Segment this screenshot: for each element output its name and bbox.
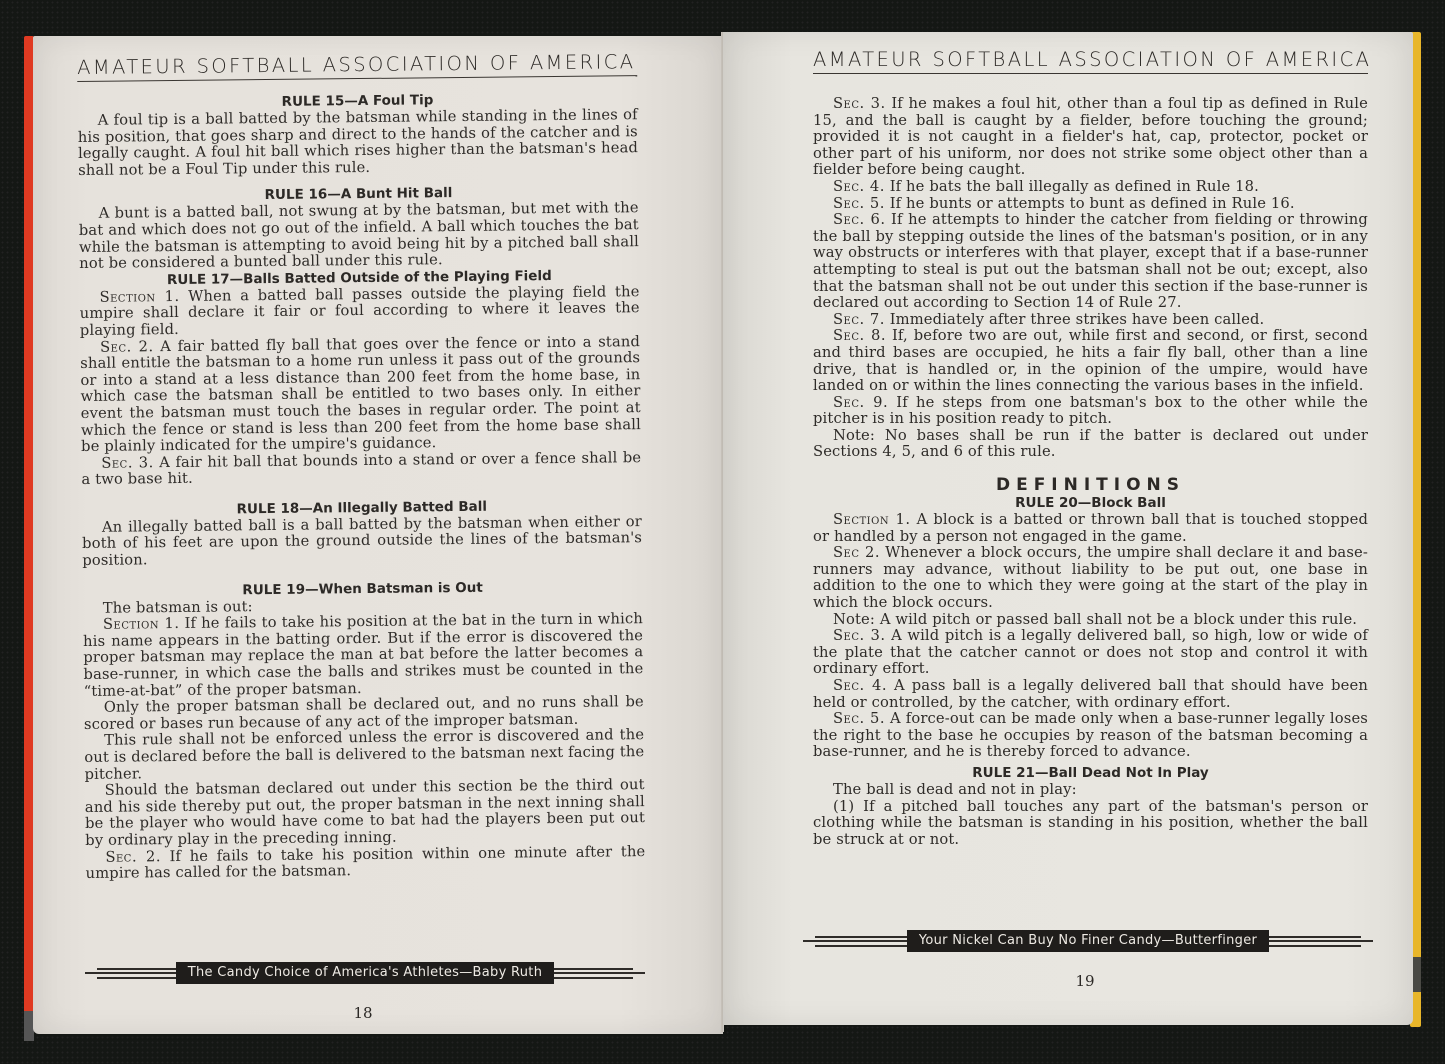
right-page-content: AMATEUR SOFTBALL ASSOCIATION OF AMERICA … <box>813 48 1368 848</box>
ad-text: The Candy Choice of America's Athletes—B… <box>176 962 554 984</box>
rule-title: RULE 20—Block Ball <box>813 495 1368 512</box>
paragraph: Sec. 3. A wild pitch is a legally delive… <box>813 628 1368 678</box>
paragraph: An illegally batted ball is a ball batte… <box>82 514 642 570</box>
running-head: AMATEUR SOFTBALL ASSOCIATION OF AMERICA <box>813 48 1368 74</box>
rule-title: RULE 21—Ball Dead Not In Play <box>813 765 1368 782</box>
definitions-heading: DEFINITIONS <box>813 475 1368 495</box>
ad-text: Your Nickel Can Buy No Finer Candy—Butte… <box>907 930 1269 952</box>
paragraph: A foul tip is a ball batted by the batsm… <box>78 107 639 179</box>
paragraph: (1) If a pitched ball touches any part o… <box>813 799 1368 849</box>
ad-banner-butterfinger: Your Nickel Can Buy No Finer Candy—Butte… <box>803 930 1373 952</box>
paragraph: Sec. 4. A pass ball is a legally deliver… <box>813 678 1368 711</box>
paragraph: Should the batsman declared out under th… <box>85 777 646 849</box>
decorative-lines <box>1269 935 1373 947</box>
paragraph: Sec. 3. If he makes a foul hit, other th… <box>813 96 1368 179</box>
paragraph: Sec. 6. If he attempts to hinder the cat… <box>813 212 1368 312</box>
paragraph: Sec. 8. If, before two are out, while fi… <box>813 328 1368 394</box>
page-number: 18 <box>333 1004 393 1022</box>
decorative-lines <box>85 967 176 979</box>
paragraph: This rule shall not be enforced unless t… <box>84 728 644 784</box>
paragraph: Sec 2. Whenever a block occurs, the umpi… <box>813 545 1368 611</box>
paragraph: Section 1. A block is a batted or thrown… <box>813 512 1368 545</box>
note: Note: A wild pitch or passed ball shall … <box>813 612 1368 629</box>
left-page: AMATEUR SOFTBALL ASSOCIATION OF AMERICA … <box>33 36 723 1034</box>
ad-banner-baby-ruth: The Candy Choice of America's Athletes—B… <box>85 962 645 984</box>
paragraph: Sec. 2. If he fails to take his position… <box>85 844 645 883</box>
paragraph: Sec. 9. If he steps from one batsman's b… <box>813 395 1368 428</box>
paragraph: Section 1. If he fails to take his posit… <box>83 611 644 700</box>
decorative-lines <box>803 935 907 947</box>
paragraph: Sec. 4. If he bats the ball illegally as… <box>813 179 1368 196</box>
right-page: AMATEUR SOFTBALL ASSOCIATION OF AMERICA … <box>723 32 1413 1025</box>
paragraph: Section 1. When a batted ball passes out… <box>79 284 639 340</box>
paragraph: Sec. 7. Immediately after three strikes … <box>813 312 1368 329</box>
page-number: 19 <box>1055 972 1115 990</box>
paragraph: A bunt is a batted ball, not swung at by… <box>79 201 640 273</box>
left-page-content: AMATEUR SOFTBALL ASSOCIATION OF AMERICA … <box>77 50 646 883</box>
paragraph: Sec. 5. If he bunts or attempts to bunt … <box>813 196 1368 213</box>
note: Note: No bases shall be run if the batte… <box>813 428 1368 461</box>
paragraph: The ball is dead and not in play: <box>813 782 1368 799</box>
paragraph: Sec. 5. A force-out can be made only whe… <box>813 711 1368 761</box>
decorative-lines <box>554 967 645 979</box>
paragraph: Sec. 2. A fair batted fly ball that goes… <box>80 334 641 456</box>
